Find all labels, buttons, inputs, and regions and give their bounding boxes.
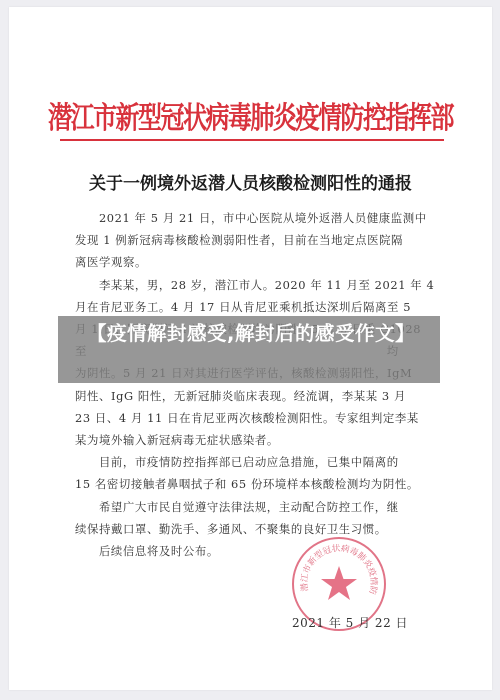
body-line: 希望广大市民自觉遵守法律法规，主动配合防控工作，继 [75, 496, 427, 518]
red-divider [60, 139, 444, 141]
caption-text: 【疫情解封感受,解封后的感受作文】 [62, 320, 440, 347]
body-line: 续保持戴口罩、勤洗手、多通风、不聚集的良好卫生习惯。 [75, 518, 427, 540]
body-line: 李某某，男，28 岁，潜江市人。2020 年 11 月至 2021 年 4 [75, 274, 427, 296]
body-line: 23 日、4 月 11 日在肯尼亚两次核酸检测阳性。专家组判定李某 [75, 407, 427, 429]
signature-date: 2021 年 5 月 22 日 [292, 614, 408, 631]
body-line: 离医学观察。 [75, 251, 427, 273]
agency-header: 潜江市新型冠状病毒肺炎疫情防控指挥部 [9, 93, 492, 137]
document-title: 关于一例境外返潜人员核酸检测阳性的通报 [9, 169, 492, 194]
body-line: 发现 1 例新冠病毒核酸检测弱阳性者，目前在当地定点医院隔 [75, 229, 427, 251]
caption-overlay: 【疫情解封感受,解封后的感受作文】 [58, 316, 440, 383]
body-line: 目前，市疫情防控指挥部已启动应急措施，已集中隔离的 [75, 451, 427, 473]
body-line: 阴性、IgG 阳性，无新冠肺炎临床表现。经流调，李某某 3 月 [75, 385, 427, 407]
body-line: 月在肯尼亚务工。4 月 17 日从肯尼亚乘机抵达深圳后隔离至 5 [75, 296, 427, 318]
document-body: 2021 年 5 月 21 日，市中心医院从境外返潜人员健康监测中 发现 1 例… [75, 207, 427, 562]
body-line: 2021 年 5 月 21 日，市中心医院从境外返潜人员健康监测中 [75, 207, 427, 229]
body-line: 某为境外输入新冠病毒无症状感染者。 [75, 429, 427, 451]
body-line: 15 名密切接触者鼻咽拭子和 65 份环境样本核酸检测均为阴性。 [75, 473, 427, 495]
